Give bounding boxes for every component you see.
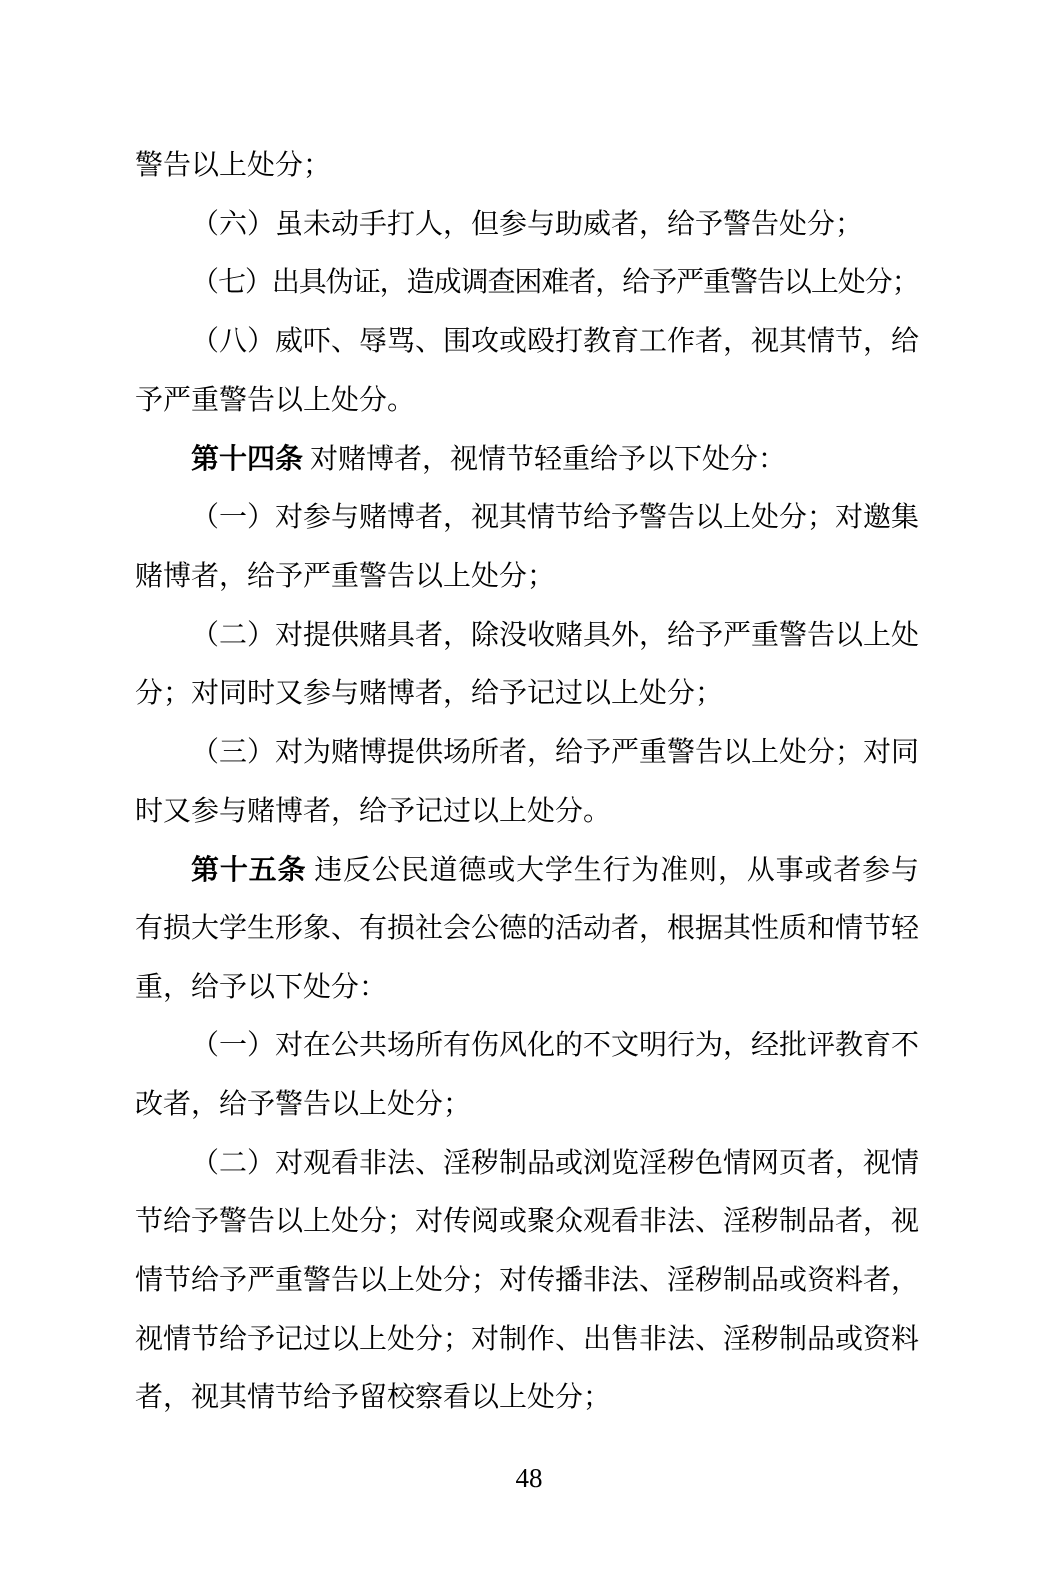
text-line: （八）威吓、辱骂、围攻或殴打教育工作者，视其情节，给 (135, 313, 919, 372)
article-number-label: 第十五条 (191, 854, 306, 885)
line-text: 改者，给予警告以上处分； (135, 1089, 471, 1120)
text-line: 时又参与赌博者，给予记过以上处分。 (135, 783, 919, 842)
text-line: （一）对参与赌博者，视其情节给予警告以上处分；对邀集 (135, 489, 919, 548)
text-line: 视情节给予记过以上处分；对制作、出售非法、淫秽制品或资料 (135, 1311, 919, 1370)
text-line: 有损大学生形象、有损社会公德的活动者，根据其性质和情节轻 (135, 900, 919, 959)
line-text: 违反公民道德或大学生行为准则，从事或者参与 (306, 855, 919, 886)
line-text: （二）对观看非法、淫秽制品或浏览淫秽色情网页者，视情 (191, 1148, 919, 1179)
line-text: 分；对同时又参与赌博者，给予记过以上处分； (135, 678, 723, 709)
text-block: 警告以上处分； （六）虽未动手打人，但参与助威者，给予警告处分； （七）出具伪证… (135, 137, 919, 1428)
text-line: 予严重警告以上处分。 (135, 372, 919, 431)
line-text: （三）对为赌博提供场所者，给予严重警告以上处分；对同 (191, 737, 919, 768)
text-line: （六）虽未动手打人，但参与助威者，给予警告处分； (135, 196, 919, 255)
text-line: （二）对提供赌具者，除没收赌具外，给予严重警告以上处 (135, 607, 919, 666)
text-line: 者，视其情节给予留校察看以上处分； (135, 1369, 919, 1428)
line-text: （六）虽未动手打人，但参与助威者，给予警告处分； (191, 209, 863, 240)
line-text: （一）对参与赌博者，视其情节给予警告以上处分；对邀集 (191, 502, 919, 533)
line-text: 情节给予严重警告以上处分；对传播非法、淫秽制品或资料者， (135, 1265, 919, 1296)
line-text: 赌博者，给予严重警告以上处分； (135, 561, 555, 592)
line-text: （一）对在公共场所有伤风化的不文明行为，经批评教育不 (191, 1030, 919, 1061)
line-text: 节给予警告以上处分；对传阅或聚众观看非法、淫秽制品者，视 (135, 1206, 919, 1237)
line-text: 有损大学生形象、有损社会公德的活动者，根据其性质和情节轻 (135, 913, 919, 944)
line-text: （二）对提供赌具者，除没收赌具外，给予严重警告以上处 (191, 620, 919, 651)
text-line: （二）对观看非法、淫秽制品或浏览淫秽色情网页者，视情 (135, 1135, 919, 1194)
text-line: 警告以上处分； (135, 137, 919, 196)
line-text: 予严重警告以上处分。 (135, 385, 415, 416)
text-line: （七）出具伪证，造成调查困难者，给予严重警告以上处分； (135, 254, 919, 313)
document-page: 警告以上处分； （六）虽未动手打人，但参与助威者，给予警告处分； （七）出具伪证… (0, 0, 1058, 1588)
text-line: （三）对为赌博提供场所者，给予严重警告以上处分；对同 (135, 724, 919, 783)
text-line: 赌博者，给予严重警告以上处分； (135, 548, 919, 607)
text-line: （一）对在公共场所有伤风化的不文明行为，经批评教育不 (135, 1017, 919, 1076)
line-text: 者，视其情节给予留校察看以上处分； (135, 1382, 611, 1413)
text-line: 节给予警告以上处分；对传阅或聚众观看非法、淫秽制品者，视 (135, 1193, 919, 1252)
line-text: 对赌博者，视情节轻重给予以下处分： (303, 444, 786, 475)
article-heading-line: 第十五条 违反公民道德或大学生行为准则，从事或者参与 (135, 841, 919, 900)
text-line: 情节给予严重警告以上处分；对传播非法、淫秽制品或资料者， (135, 1252, 919, 1311)
line-text: （八）威吓、辱骂、围攻或殴打教育工作者，视其情节，给 (191, 326, 919, 357)
page-number: 48 (0, 1463, 1058, 1493)
text-line: 重，给予以下处分： (135, 959, 919, 1018)
line-text: （七）出具伪证，造成调查困难者，给予严重警告以上处分； (191, 267, 919, 298)
line-text: 视情节给予记过以上处分；对制作、出售非法、淫秽制品或资料 (135, 1324, 919, 1355)
article-heading-line: 第十四条 对赌博者，视情节轻重给予以下处分： (135, 430, 919, 489)
line-text: 重，给予以下处分： (135, 972, 387, 1003)
line-text: 时又参与赌博者，给予记过以上处分。 (135, 796, 611, 827)
line-text: 警告以上处分； (135, 150, 331, 181)
text-line: 分；对同时又参与赌博者，给予记过以上处分； (135, 665, 919, 724)
text-line: 改者，给予警告以上处分； (135, 1076, 919, 1135)
article-number-label: 第十四条 (191, 443, 303, 474)
